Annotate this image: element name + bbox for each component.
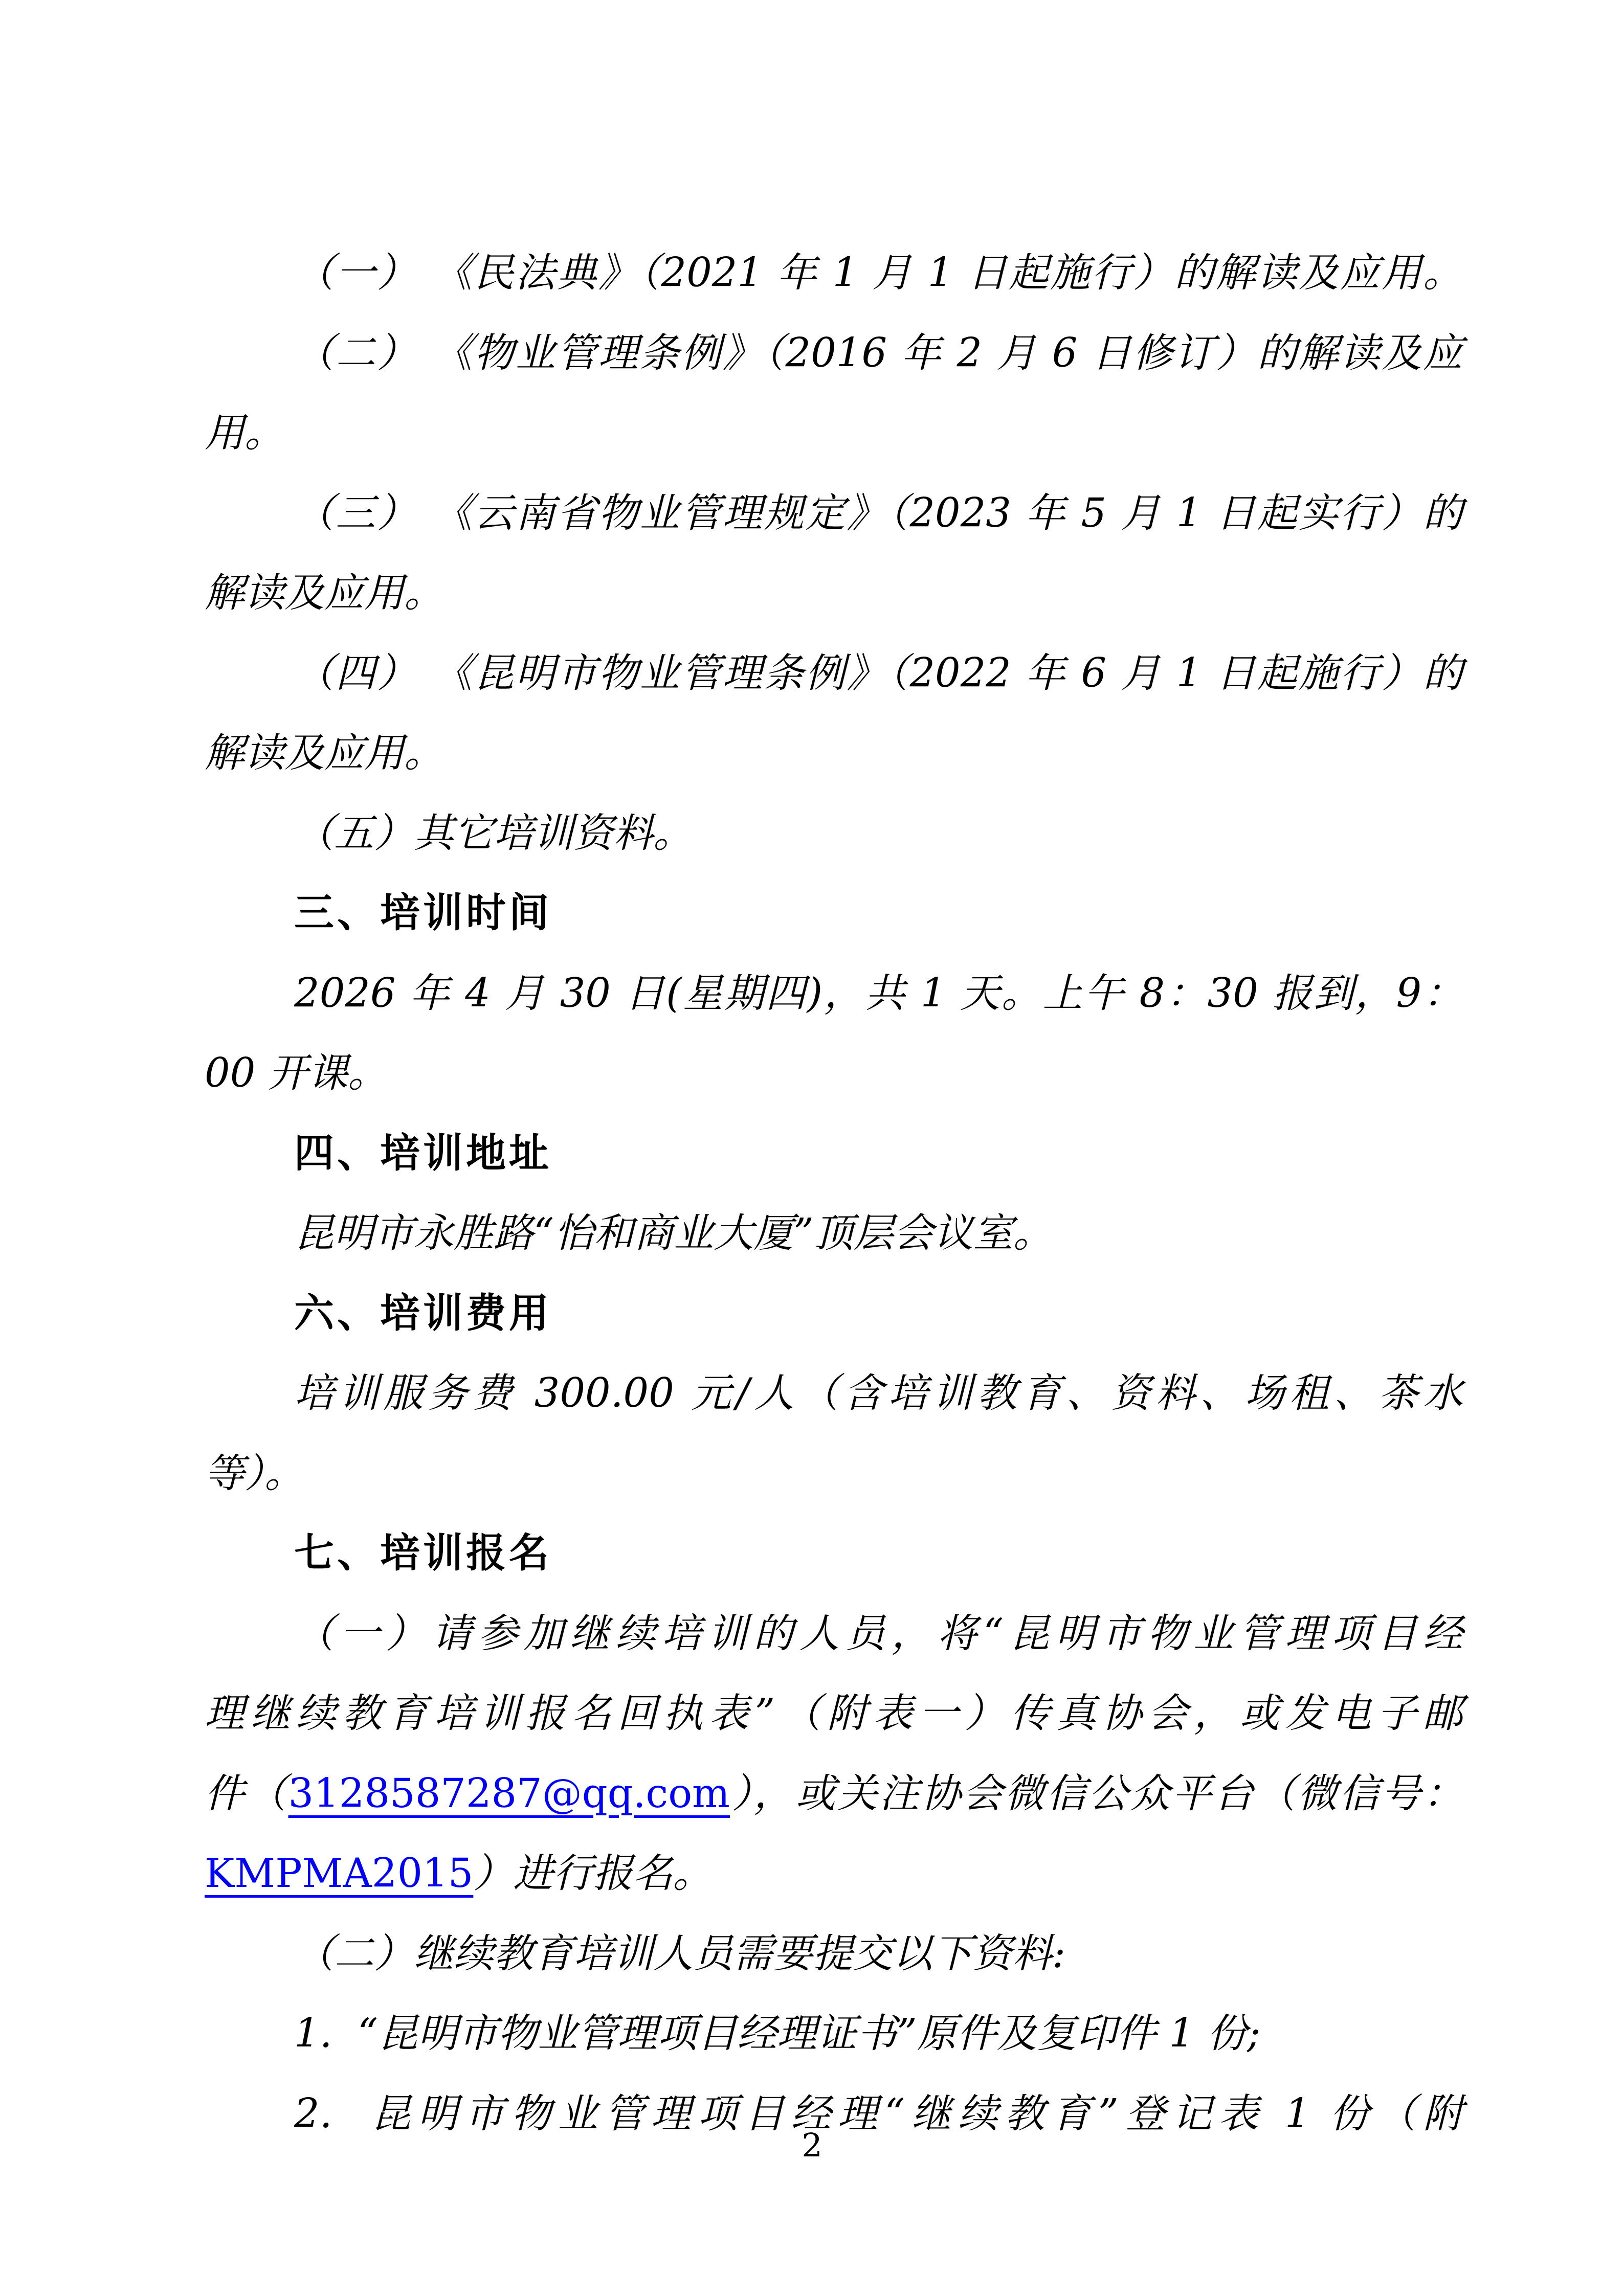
list-item-kunming-regulation: （四） 《昆明市物业管理条例》（2022 年 6 月 1 日起施行）的 bbox=[205, 634, 1463, 714]
wechat-line-suffix: ）进行报名。 bbox=[473, 1851, 713, 1897]
training-fee-text-cont: 等）。 bbox=[205, 1434, 1463, 1514]
registration-para-2: （二）继续教育培训人员需要提交以下资料: bbox=[205, 1914, 1463, 1994]
training-fee-text: 培训服务费 300.00 元/人（含培训教育、资料、场租、茶水 bbox=[205, 1354, 1463, 1434]
heading-training-registration: 七、培训报名 bbox=[205, 1514, 1463, 1594]
list-item-yunnan-regulation-cont: 解读及应用。 bbox=[205, 553, 1463, 634]
email-line-suffix: ），或关注协会微信公众平台（微信号： bbox=[730, 1771, 1463, 1817]
page-footer: 2 bbox=[0, 2127, 1624, 2165]
page-number: 2 bbox=[0, 2127, 1624, 2165]
required-doc-item-1: 1. “昆明市物业管理项目经理证书”原件及复印件 1 份; bbox=[205, 1994, 1463, 2074]
list-item-property-regulation-cont: 用。 bbox=[205, 393, 1463, 474]
training-time-text-cont: 00 开课。 bbox=[205, 1033, 1463, 1114]
list-item-yunnan-regulation: （三） 《云南省物业管理规定》（2023 年 5 月 1 日起实行）的 bbox=[205, 474, 1463, 554]
list-item-civil-code: （一） 《民法典》（2021 年 1 月 1 日起施行）的解读及应用。 bbox=[205, 233, 1463, 313]
heading-training-time: 三、培训时间 bbox=[205, 873, 1463, 954]
list-item-property-regulation: （二） 《物业管理条例》（2016 年 2 月 6 日修订）的解读及应 bbox=[205, 313, 1463, 394]
heading-training-address: 四、培训地址 bbox=[205, 1114, 1463, 1194]
registration-para-1: （一）请参加继续培训的人员，将“昆明市物业管理项目经 bbox=[205, 1594, 1463, 1674]
document-body: （一） 《民法典》（2021 年 1 月 1 日起施行）的解读及应用。 （二） … bbox=[205, 233, 1463, 2154]
email-line-prefix: 件（ bbox=[205, 1771, 288, 1817]
email-link[interactable]: 3128587287@qq.com bbox=[288, 1771, 730, 1817]
document-page: （一） 《民法典》（2021 年 1 月 1 日起施行）的解读及应用。 （二） … bbox=[0, 0, 1624, 2296]
list-item-kunming-regulation-cont: 解读及应用。 bbox=[205, 713, 1463, 794]
registration-para-1-wechat-line: KMPMA2015）进行报名。 bbox=[205, 1834, 1463, 1914]
registration-para-1-email-line: 件（3128587287@qq.com），或关注协会微信公众平台（微信号： bbox=[205, 1754, 1463, 1834]
wechat-id-link[interactable]: KMPMA2015 bbox=[205, 1851, 473, 1897]
training-address-text: 昆明市永胜路“怡和商业大厦”顶层会议室。 bbox=[205, 1194, 1463, 1274]
registration-para-1-cont: 理继续教育培训报名回执表”（附表一）传真协会，或发电子邮 bbox=[205, 1674, 1463, 1754]
training-time-text: 2026 年 4 月 30 日(星期四)，共 1 天。上午 8：30 报到，9： bbox=[205, 954, 1463, 1034]
list-item-other-materials: （五）其它培训资料。 bbox=[205, 794, 1463, 874]
heading-training-fee: 六、培训费用 bbox=[205, 1274, 1463, 1354]
